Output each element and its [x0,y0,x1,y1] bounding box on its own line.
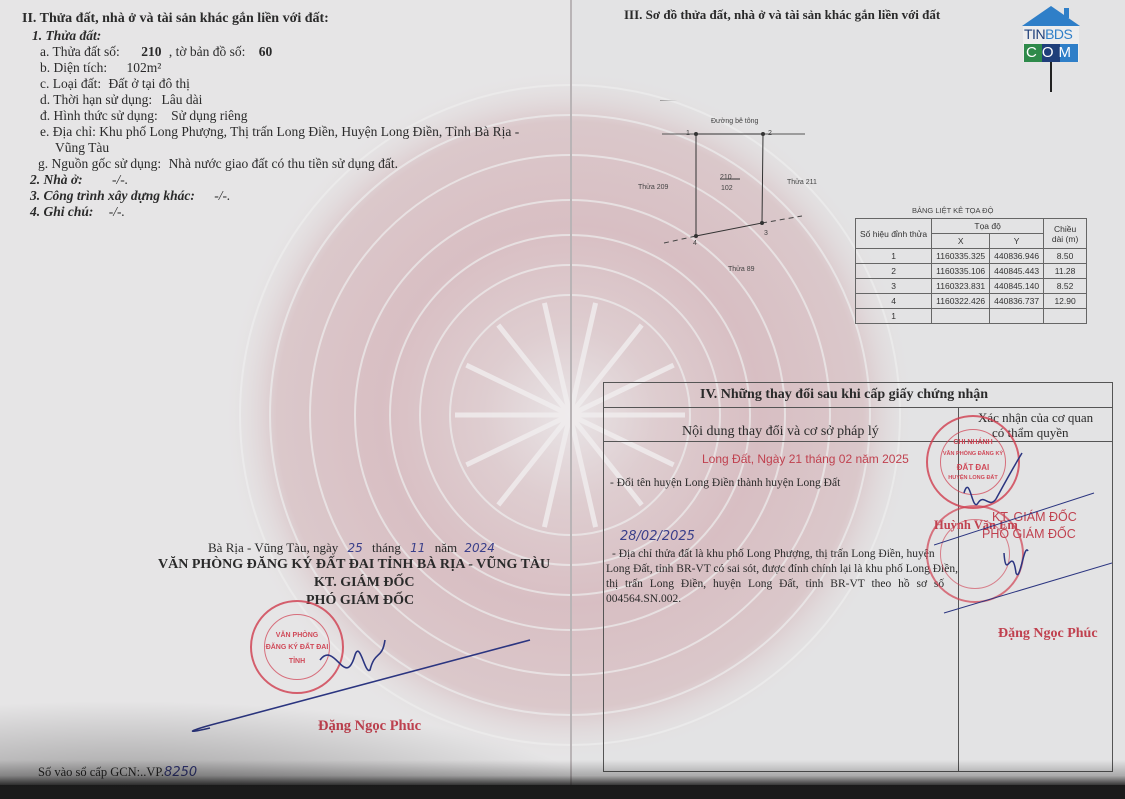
changes-title-row: IV. Những thay đổi sau khi cấp giấy chứn… [604,383,1112,408]
coord-cell-x: 1160335.325 [932,249,990,264]
coord-cell-x: 1160335.106 [932,264,990,279]
signatures-right [934,433,1112,643]
tinbds-watermark-logo: TINBDS COM [1020,4,1082,92]
coord-table-title: BẢNG LIỆT KÊ TỌA ĐỘ [912,206,993,215]
coord-table: Số hiệu đỉnh thửa Tọa độ Chiều dài (m) X… [855,218,1087,324]
vertex-3-label: 3 [764,226,768,242]
other-construction-row: 3. Công trình xây dựng khác: -/-. [30,188,230,204]
coord-table-row: 1 [856,309,1087,324]
land-type-value: Đất ở tại đô thị [108,76,189,91]
address-value-line2: Vũng Tàu [55,140,109,156]
term-label: d. Thời hạn sử dụng: [40,92,152,107]
coord-cell-vertex: 2 [856,264,932,279]
house-value: -/-. [112,172,128,187]
issue-day: 25 [347,541,362,555]
logo-tin: TIN [1024,26,1045,42]
area-value: 102m² [127,60,162,75]
coord-cell-length: 8.50 [1044,249,1087,264]
notes-value: -/-. [109,204,125,219]
notes-label: 4. Ghi chú: [30,204,93,219]
entry-2-line-3: thị trấn Long Điền, huyện Long Đất, tỉnh… [606,577,944,592]
coord-cell-y: 440836.737 [990,294,1044,309]
vertex-1-label: 1 [686,126,690,142]
other-construction-value: -/-. [214,188,230,203]
coord-cell-x: 1160322.426 [932,294,990,309]
parcel-label: a. Thửa đất số: [40,44,120,59]
area-label: b. Diện tích: [40,60,107,75]
neighbor-right-label: Thửa 211 [787,175,817,191]
coord-cell-vertex: 1 [856,309,932,324]
term-row: d. Thời hạn sử dụng: Lâu dài [40,92,202,108]
on-behalf-director: KT. GIÁM ĐỐC [314,575,414,591]
entry-2-line-1: - Địa chỉ thửa đất là khu phố Long Phượn… [612,547,935,562]
neighbor-left-label: Thửa 209 [638,180,668,196]
vertex-2-label: 2 [768,126,772,142]
usage-form-row: đ. Hình thức sử dụng: Sử dụng riêng [40,108,247,124]
changes-table: IV. Những thay đổi sau khi cấp giấy chứn… [603,382,1113,772]
entry-2-line-4: 004564.SN.002. [606,592,681,607]
coord-table-row: 21160335.106440845.44311.28 [856,264,1087,279]
address-row: e. Địa chỉ: Khu phố Long Phượng, Thị trấ… [40,124,519,140]
coord-cell-y [990,309,1044,324]
notes-row: 4. Ghi chú: -/-. [30,204,125,220]
usage-form-value: Sử dụng riêng [171,108,247,123]
coord-cell-vertex: 1 [856,249,932,264]
coord-cell-y: 440836.946 [990,249,1044,264]
land-heading: 1. Thửa đất: [32,28,101,44]
road-label: Đường bê tông [711,114,758,130]
place-date-prefix: Bà Rịa - Vũng Tàu, ngày [208,540,338,555]
area-row: b. Diện tích: 102m² [40,60,161,76]
map-sheet-label: , tờ bản đồ số: [169,44,246,59]
entry-1-text: - Đổi tên huyện Long Điền thành huyện Lo… [610,475,840,491]
month-label: tháng [372,540,401,555]
house-row: 2. Nhà ở: -/-. [30,172,128,188]
coord-cell-y: 440845.140 [990,279,1044,294]
map-sheet-number: 60 [259,44,273,59]
parcel-area-label: 102 [721,181,733,197]
parcel-number: 210 [141,44,161,59]
logo-com: COM [1026,44,1076,61]
usage-form-label: đ. Hình thức sử dụng: [40,108,158,123]
coord-cell-x: 1160323.831 [932,279,990,294]
section-3-title: III. Sơ đồ thửa đất, nhà ở và tài sản kh… [624,7,940,23]
coord-cell-length [1044,309,1087,324]
coord-table-row: 41160322.426440836.73712.90 [856,294,1087,309]
origin-label: g. Nguồn gốc sử dụng: [38,156,161,171]
col-content-header: Nội dung thay đổi và cơ sở pháp lý [682,424,879,440]
header-x: X [932,234,990,249]
neighbor-bottom-label: Thửa 89 [728,262,754,278]
issuing-office: VĂN PHÒNG ĐĂNG KÝ ĐẤT ĐAI TỈNH BÀ RỊA - … [158,557,550,573]
place-date: Bà Rịa - Vũng Tàu, ngày 25 tháng 11 năm … [208,540,495,556]
parcel-row: a. Thửa đất số: 210 , tờ bản đồ số: 60 [40,44,272,60]
coord-cell-length: 11.28 [1044,264,1087,279]
background-surface [0,760,1125,799]
coord-cell-length: 8.52 [1044,279,1087,294]
coord-table-row: 11160335.325440836.9468.50 [856,249,1087,264]
house-label: 2. Nhà ở: [30,172,83,187]
term-value: Lâu dài [161,92,202,107]
header-y: Y [990,234,1044,249]
origin-row: g. Nguồn gốc sử dụng: Nhà nước giao đất … [38,156,398,172]
vertex-4-label: 4 [693,236,697,252]
origin-value: Nhà nước giao đất có thu tiền sử dụng đấ… [169,156,398,171]
coord-cell-y: 440845.443 [990,264,1044,279]
entry-2-line-2: Long Đất, tỉnh BR-VT có sai sót, được đí… [606,562,958,577]
land-type-label: c. Loại đất: [40,76,101,91]
certificate-page: II. Thửa đất, nhà ở và tài sản khác gắn … [0,0,1125,785]
coord-cell-x [932,309,990,324]
land-type-row: c. Loại đất: Đất ở tại đô thị [40,76,190,92]
header-vertex: Số hiệu đỉnh thửa [856,219,932,249]
header-coords: Tọa độ [932,219,1044,234]
section-4-title: IV. Những thay đổi sau khi cấp giấy chứn… [700,387,988,403]
other-construction-label: 3. Công trình xây dựng khác: [30,188,195,203]
issue-year: 2024 [464,541,495,555]
logo-bds: BDS [1045,26,1072,42]
entry-1-date: Long Đất, Ngày 21 tháng 02 năm 2025 [702,451,909,467]
coord-cell-vertex: 3 [856,279,932,294]
section-2-title: II. Thửa đất, nhà ở và tài sản khác gắn … [22,11,329,27]
page-fold [570,0,572,785]
coord-cell-length: 12.90 [1044,294,1087,309]
coord-cell-vertex: 4 [856,294,932,309]
header-length: Chiều dài (m) [1044,219,1087,249]
issue-month: 11 [410,541,425,555]
address-label: e. Địa chỉ: [40,124,96,139]
entry-2-signer: Đặng Ngọc Phúc [998,626,1098,642]
entry-2-date: 28/02/2025 [620,529,695,545]
address-value-line1: Khu phố Long Phượng, Thị trấn Long Điền,… [99,124,519,139]
year-label: năm [435,540,457,555]
coord-table-row: 31160323.831440845.1408.52 [856,279,1087,294]
